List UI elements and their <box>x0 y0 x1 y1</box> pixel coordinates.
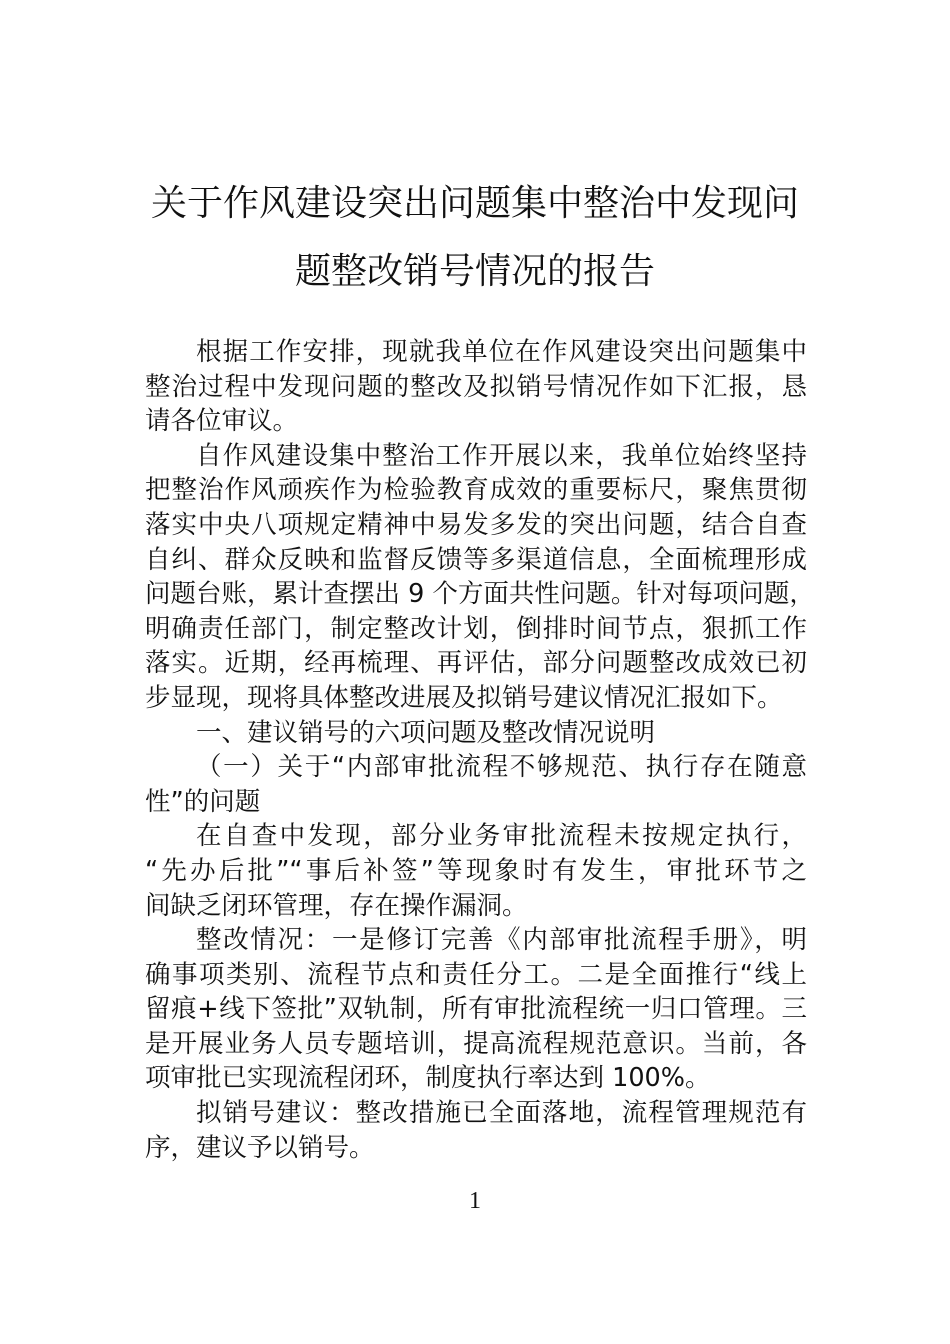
text-line: 落实中央八项规定精神中易发多发的突出问题，结合自查 <box>145 508 807 543</box>
text-line: 项审批已实现流程闭环，制度执行率达到 100%。 <box>145 1061 807 1096</box>
intro-paragraph: 根据工作安排，现就我单位在作风建设突出问题集中 整治过程中发现问题的整改及拟销号… <box>145 335 807 439</box>
subsection-heading-text: 性”的问题 <box>145 785 807 820</box>
section-heading-text: 一、建议销号的六项问题及整改情况说明 <box>145 716 807 751</box>
text-line: 自纠、群众反映和监督反馈等多渠道信息，全面梳理形成 <box>145 543 807 578</box>
document-page: 关于作风建设突出问题集中整治中发现问 题整改销号情况的报告 根据工作安排，现就我… <box>0 0 950 1344</box>
text-line: 序，建议予以销号。 <box>145 1131 807 1166</box>
rectification-paragraph: 整改情况：一是修订完善《内部审批流程手册》，明 确事项类别、流程节点和责任分工。… <box>145 923 807 1096</box>
text-line: 确事项类别、流程节点和责任分工。二是全面推行“线上 <box>145 958 807 993</box>
text-line: 请各位审议。 <box>145 404 807 439</box>
text-line: 问题台账，累计查摆出 9 个方面共性问题。针对每项问题， <box>145 577 807 612</box>
text-line: 落实。近期，经再梳理、再评估，部分问题整改成效已初 <box>145 646 807 681</box>
title-line-1: 关于作风建设突出问题集中整治中发现问 <box>145 170 805 238</box>
text-line: 整改情况：一是修订完善《内部审批流程手册》，明 <box>145 923 807 958</box>
text-line: “先办后批”“事后补签”等现象时有发生，审批环节之 <box>145 854 807 889</box>
text-line: 留痕+线下签批”双轨制，所有审批流程统一归口管理。三 <box>145 992 807 1027</box>
text-line: 整治过程中发现问题的整改及拟销号情况作如下汇报，恳 <box>145 370 807 405</box>
text-line: 是开展业务人员专题培训，提高流程规范意识。当前，各 <box>145 1027 807 1062</box>
text-line: 明确责任部门，制定整改计划，倒排时间节点，狠抓工作 <box>145 612 807 647</box>
document-title: 关于作风建设突出问题集中整治中发现问 题整改销号情况的报告 <box>145 170 805 306</box>
background-paragraph: 自作风建设集中整治工作开展以来，我单位始终坚持 把整治作风顽疾作为检验教育成效的… <box>145 439 807 716</box>
text-line: 在自查中发现，部分业务审批流程未按规定执行， <box>145 819 807 854</box>
text-line: 间缺乏闭环管理，存在操作漏洞。 <box>145 889 807 924</box>
text-line: 自作风建设集中整治工作开展以来，我单位始终坚持 <box>145 439 807 474</box>
title-line-2: 题整改销号情况的报告 <box>145 238 805 306</box>
section-heading-1: 一、建议销号的六项问题及整改情况说明 <box>145 716 807 751</box>
problem-description-paragraph: 在自查中发现，部分业务审批流程未按规定执行， “先办后批”“事后补签”等现象时有… <box>145 819 807 923</box>
text-line: 根据工作安排，现就我单位在作风建设突出问题集中 <box>145 335 807 370</box>
subsection-heading-1: （一）关于“内部审批流程不够规范、执行存在随意 性”的问题 <box>145 750 807 819</box>
text-line: 把整治作风顽疾作为检验教育成效的重要标尺，聚焦贯彻 <box>145 473 807 508</box>
page-number: 1 <box>0 1188 950 1215</box>
subsection-heading-text: （一）关于“内部审批流程不够规范、执行存在随意 <box>145 750 807 785</box>
cancellation-suggestion-paragraph: 拟销号建议：整改措施已全面落地，流程管理规范有 序，建议予以销号。 <box>145 1096 807 1165</box>
text-line: 拟销号建议：整改措施已全面落地，流程管理规范有 <box>145 1096 807 1131</box>
text-line: 步显现，现将具体整改进展及拟销号建议情况汇报如下。 <box>145 681 807 716</box>
document-body: 根据工作安排，现就我单位在作风建设突出问题集中 整治过程中发现问题的整改及拟销号… <box>145 335 807 1165</box>
